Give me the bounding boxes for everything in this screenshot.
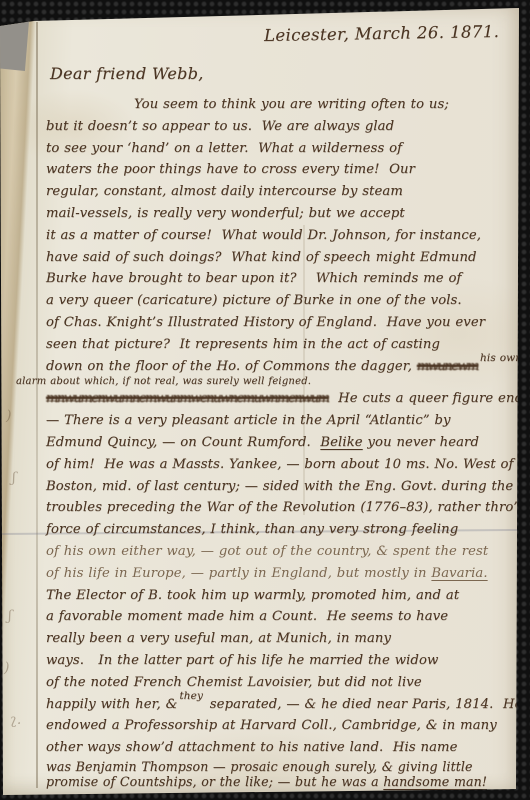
letter-line: a favorable moment made him a Count. He … [46,606,512,628]
letter-line: Edmund Quincy, — on Count Rumford. Belik… [46,432,512,454]
letter-line: happily with her, &they separated, — & h… [46,694,512,716]
letter-line: have said of such doings? What kind of s… [46,247,512,269]
page-edge-line [36,22,38,788]
letter-page: ) ʃ ʃ ) ʅ. VII.9 Leicester, March 26. 18… [0,0,521,795]
letter-text: alarm about which, if not real, was sure… [16,376,311,387]
ink-bleed-mark: ) [4,660,9,676]
letter-text: separated, — & he died near Paris, 1814.… [205,697,522,712]
letter-line: of his own either way, — got out of the … [46,541,512,563]
letter-line: of him! He was a Massts. Yankee, — born … [46,454,512,476]
letter-text: Boston, mid. of last century; — sided wi… [46,479,513,494]
letter-line: Burke have brought to bear upon it? Whic… [46,268,512,290]
letter-text: Burke have brought to bear upon it? Whic… [46,271,462,286]
ink-bleed-mark: ʅ. [10,712,21,728]
ink-bleed-mark: ) [6,408,11,424]
letter-text: regular, constant, almost daily intercou… [46,184,403,199]
letter-text: happily with her, & [46,697,177,712]
letter-text: Edmund Quincy, — on Count Rumford. [46,435,320,450]
letter-line: to see your ‘hand’ on a letter. What a w… [46,138,512,160]
scribbled-out-text: mnwumenwumnemwunmwenuwnemuwnmenwum [46,391,329,406]
letter-text: of him! He was a Massts. Yankee, — born … [46,457,514,472]
interline-note: alarm about which, if not real, was sure… [16,377,512,388]
letter-line: promise of Countships, or the like; — bu… [46,774,512,789]
letter-text: was Benjamin Thompson — prosaic enough s… [46,759,473,774]
letter-text: have said of such doings? What kind of s… [46,250,477,265]
letter-line: endowed a Professorship at Harvard Coll.… [46,715,512,737]
letter-text: a very queer (caricature) picture of Bur… [46,293,462,308]
underlined-word: handsome man! [383,774,487,789]
interlined-insertion: they [179,686,203,708]
letter-text: force of circumstances, I think, than an… [46,522,458,537]
scribbled-out-text: mwunewm [417,359,478,374]
letter-line: mnwumenwumnemwunmwenuwnemuwnmenwum He cu… [46,388,512,410]
underlined-word: Belike [320,435,362,450]
letter-text: promise of Countships, or the like; — bu… [46,774,383,789]
letter-line: of his life in Europe, — partly in Engla… [46,563,512,585]
letter-line: a very queer (caricature) picture of Bur… [46,290,512,312]
letter-text: The Elector of B. took him up warmly, pr… [46,588,459,603]
letter-text: of the noted French Chemist Lavoisier, b… [46,675,422,690]
letter-line: ways. In the latter part of his life he … [46,650,512,672]
letter-line: seen that picture? It represents him in … [46,334,512,356]
underlined-word: Bavaria. [431,566,487,581]
letter-text: it as a matter of course! What would Dr.… [46,228,481,243]
ink-bleed-mark: ʃ [8,608,12,624]
letter-line: but it doesn’t so appear to us. We are a… [46,116,512,138]
letter-line: mail-vessels, is really very wonderful; … [46,203,512,225]
letter-line: it as a matter of course! What would Dr.… [46,225,512,247]
letter-line: — There is a very pleasant article in th… [46,410,512,432]
letter-text: waters the poor things have to cross eve… [46,162,415,177]
letter-line: was Benjamin Thompson — prosaic enough s… [46,759,512,774]
letter-text: ways. In the latter part of his life he … [46,653,438,668]
letter-line: regular, constant, almost daily intercou… [46,181,512,203]
letter-salutation: Dear friend Webb, [50,64,204,83]
letter-line: of Chas. Knight’s Illustrated History of… [46,312,512,334]
letter-line: other ways show’d attachment to his nati… [46,737,512,759]
letter-line: troubles preceding the War of the Revolu… [46,497,512,519]
letter-text: of his life in Europe, — partly in Engla… [46,566,431,581]
letter-text: but it doesn’t so appear to us. We are a… [46,119,394,134]
letter-text: of Chas. Knight’s Illustrated History of… [46,315,485,330]
letter-line: down on the floor of the Ho. of Commons … [46,356,512,378]
letter-text: seen that picture? It represents him in … [46,337,440,352]
letter-text: He cuts a queer figure enough. [329,391,530,406]
letter-text: — There is a very pleasant article in th… [46,413,451,428]
letter-text: a favorable moment made him a Count. He … [46,609,448,624]
letter-dateline: Leicester, March 26. 1871. [264,22,500,45]
letter-line: force of circumstances, I think, than an… [46,519,512,541]
letter-text: to see your ‘hand’ on a letter. What a w… [46,141,402,156]
photograph-background: { "archive": { "label": "VII.9" }, "lett… [0,0,530,800]
letter-text: You seem to think you are writing often … [134,97,449,112]
letter-text: endowed a Professorship at Harvard Coll.… [46,718,497,733]
letter-line: You seem to think you are writing often … [46,94,512,116]
letter-line: Boston, mid. of last century; — sided wi… [46,476,512,498]
letter-text: down on the floor of the Ho. of Commons … [46,359,417,374]
letter-text: troubles preceding the War of the Revolu… [46,500,518,515]
letter-line: waters the poor things have to cross eve… [46,159,512,181]
letter-text: you never heard [363,435,479,450]
corner-patch [0,7,29,71]
letter-line: of the noted French Chemist Lavoisier, b… [46,672,512,694]
letter-body: You seem to think you are writing often … [46,94,512,789]
archive-label: VII.9 [24,5,62,21]
letter-line: The Elector of B. took him up warmly, pr… [46,585,512,607]
letter-text: of his own either way, — got out of the … [46,544,488,559]
letter-line: really been a very useful man, at Munich… [46,628,512,650]
letter-text: really been a very useful man, at Munich… [46,631,391,646]
letter-text: mail-vessels, is really very wonderful; … [46,206,405,221]
letter-text: other ways show’d attachment to his nati… [46,740,458,755]
ink-bleed-mark: ʃ [12,470,16,486]
interlined-insertion: his own [480,348,522,370]
